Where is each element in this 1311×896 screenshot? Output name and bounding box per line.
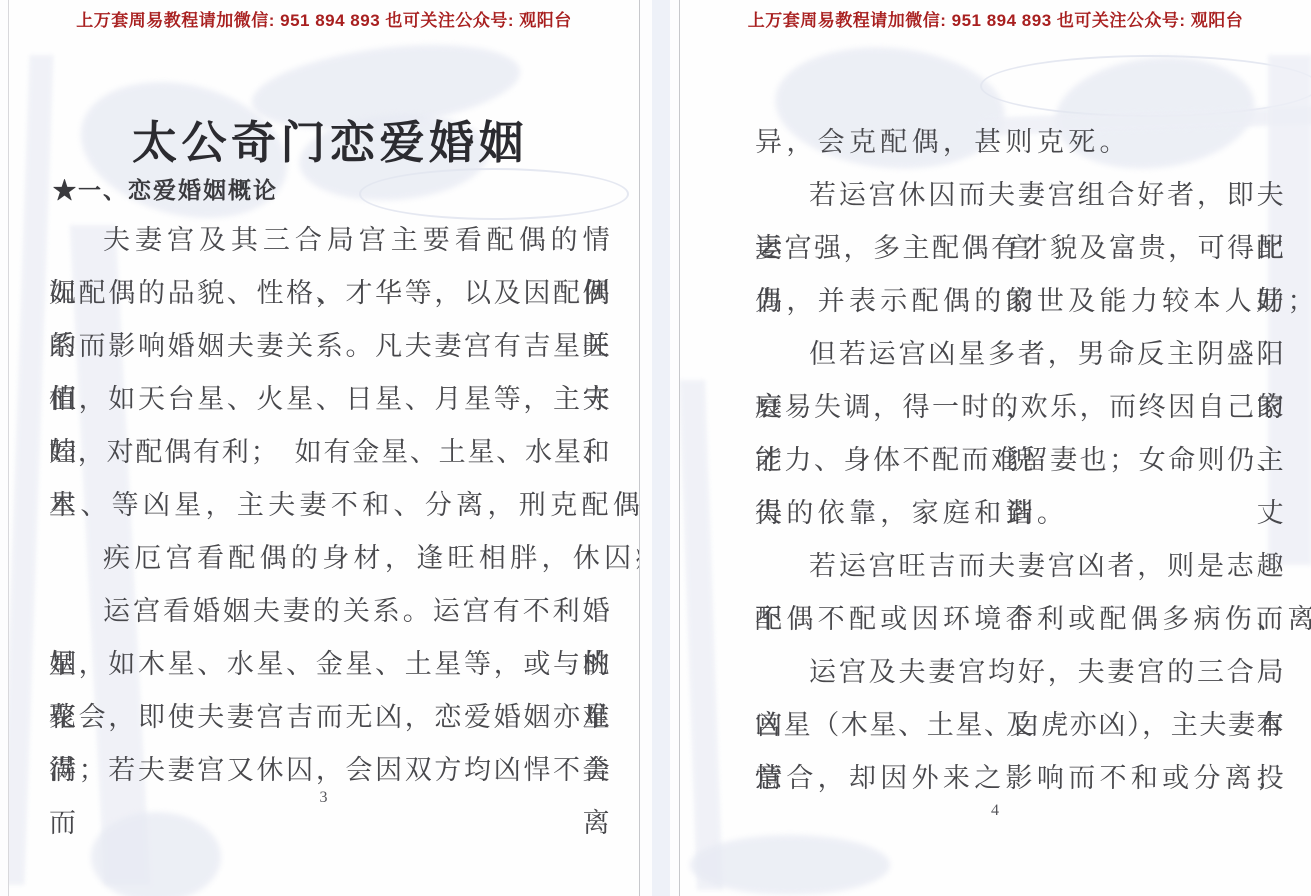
text-line: 聚会，即使夫妻宫吉而无凶，恋爱婚姻亦难得美 — [49, 691, 611, 744]
text-line: 庭易失调，得一时的欢乐，而终因自己的才貌、 — [755, 381, 1285, 434]
watermark-bottom-blob — [690, 835, 890, 895]
watermark-swirl — [980, 55, 1311, 117]
text-line: 异，会克配偶，甚则克死。 — [755, 116, 1285, 169]
page-right: 上万套周易教程请加微信: 951 894 893 也可关注公众号: 观阳台 异，… — [679, 0, 1311, 896]
text-line: 若运宫旺吉而夫妻宫凶者，则是志趣不合、 — [755, 540, 1285, 593]
text-line: 若运宫休囚而夫妻宫组合好者，即夫妻宫比 — [755, 169, 1285, 222]
page-title: 太公奇门恋爱婚姻 — [49, 106, 611, 171]
text-line: 值，如天台星、火星、日星、月星等，主夫妇和 — [49, 373, 611, 426]
text-line: 系而影响婚姻夫妻关系。凡夫妻宫有吉星旺相守 — [49, 320, 611, 373]
text-line: 能力、身体不配而难留妻也；女命则仍主得到丈 — [755, 434, 1285, 487]
text-line: 疾厄宫看配偶的身材，逢旺相胖，休囚瘦小。 — [49, 532, 611, 585]
text-line: 但若运宫凶星多者，男命反主阴盛阳衰，家 — [755, 328, 1285, 381]
text-line: 夫妻宫及其三合局宫主要看配偶的情况，例 — [49, 214, 611, 267]
page-left: 上万套周易教程请加微信: 951 894 893 也可关注公众号: 观阳台 太公… — [8, 0, 640, 896]
text-line: 如配偶的品貌、性格、才华等，以及因配偶的关 — [49, 267, 611, 320]
page-number: 3 — [9, 789, 639, 807]
page-number: 4 — [680, 802, 1311, 820]
text-line: 运宫看婚姻夫妻的关系。运宫有不利婚姻的 — [49, 585, 611, 638]
watermark-swirl — [359, 168, 629, 220]
text-line: 意合，却因外来之影响而不和或分离； — [755, 752, 1285, 805]
text-line: 力，并表示配偶的家世及能力较本人好； — [755, 275, 1285, 328]
promo-header: 上万套周易教程请加微信: 951 894 893 也可关注公众号: 观阳台 — [9, 6, 639, 31]
body-text-column: 异，会克配偶，甚则克死。 若运宫休囚而夫妻宫组合好者，即夫妻宫比 运宫强，多主配… — [755, 116, 1285, 805]
watermark-streak — [8, 55, 53, 885]
promo-header: 上万套周易教程请加微信: 951 894 893 也可关注公众号: 观阳台 — [680, 6, 1311, 31]
text-line: 凶星（木星、土星、白虎亦凶），主夫妻本情投 — [755, 699, 1285, 752]
scanned-book-spread: 上万套周易教程请加微信: 951 894 893 也可关注公众号: 观阳台 太公… — [0, 0, 1311, 896]
body-text-column: 夫妻宫及其三合局宫主要看配偶的情况，例 如配偶的品貌、性格、才华等，以及因配偶的… — [49, 214, 611, 797]
text-line: 运宫强，多主配偶有才貌及富贵，可得配偶的助 — [755, 222, 1285, 275]
text-line: 睦，对配偶有利； 如有金星、土星、水星、木 — [49, 426, 611, 479]
page-gutter — [652, 0, 670, 896]
section-heading: ★一、恋爱婚姻概论 — [53, 172, 278, 205]
text-line: 星、等凶星，主夫妻不和、分离，刑克配偶。 — [49, 479, 611, 532]
text-line: 运宫及夫妻宫均好，夫妻宫的三合局宫及有 — [755, 646, 1285, 699]
text-line: 星，如木星、水星、金星、土星等，或与桃花星 — [49, 638, 611, 691]
text-line: 配偶不配或因环境不利或配偶多病伤而离异。 — [755, 593, 1285, 646]
